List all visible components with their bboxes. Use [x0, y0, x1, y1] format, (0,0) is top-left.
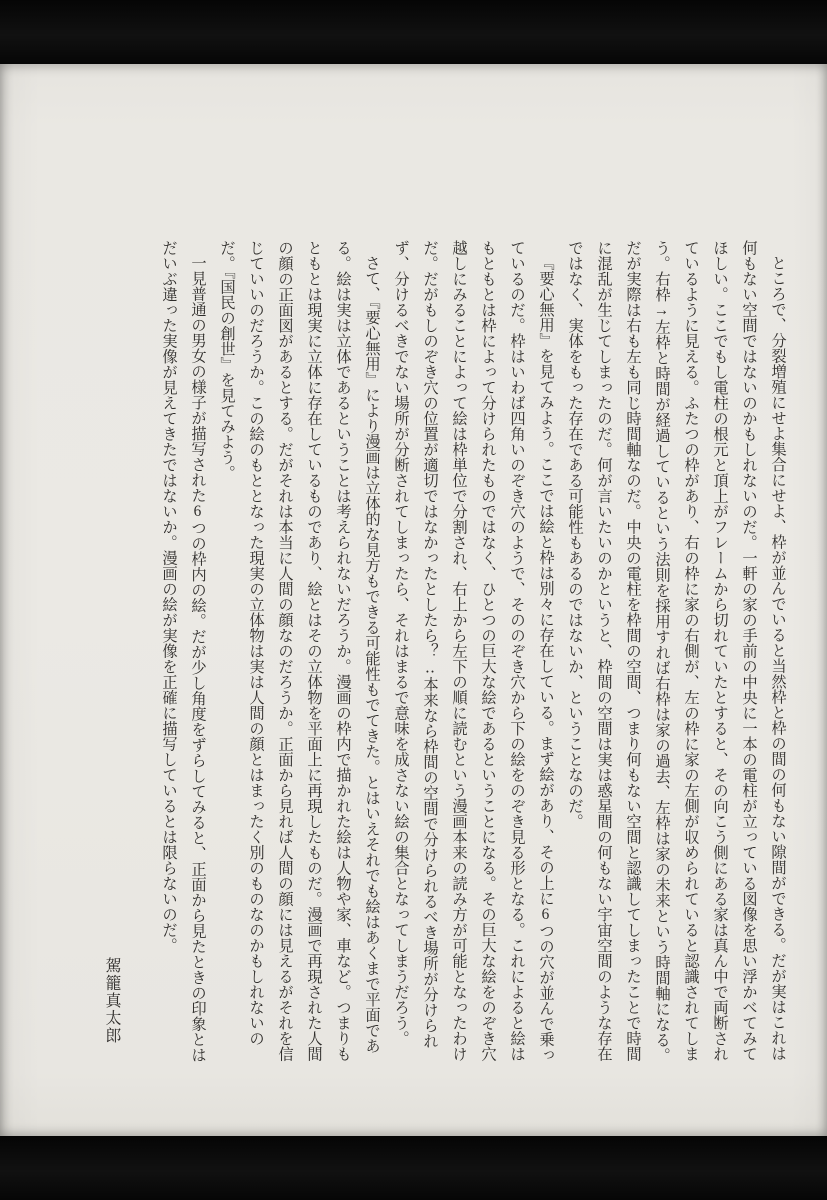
article-paragraph-2: 『要心無用』を見てみよう。ここでは絵と枠は別々に存在している。まず絵があり、その…: [386, 240, 560, 1072]
article-paragraph-1: ところで、分裂増殖にせよ集合にせよ、枠が並んでいると当然枠と枠の間の何もない隙間…: [560, 240, 792, 1072]
article-paragraph-4: 一見普通の男女の様子が描写された6つの枠内の絵。だが少し角度をずらしてみると、正…: [154, 240, 212, 1072]
article-text-block: ところで、分裂増殖にせよ集合にせよ、枠が並んでいると当然枠と枠の間の何もない隙間…: [170, 240, 792, 1072]
page-paper: ところで、分裂増殖にせよ集合にせよ、枠が並んでいると当然枠と枠の間の何もない隙間…: [0, 64, 827, 1136]
scanned-page: ところで、分裂増殖にせよ集合にせよ、枠が並んでいると当然枠と枠の間の何もない隙間…: [0, 0, 827, 1200]
scan-black-bar-top: [0, 0, 827, 64]
author-name: 駕籠真太郎: [96, 957, 126, 1045]
article-paragraph-3: さて、『要心無用』により漫画は立体的な見方もできる可能性もでてきた。とはいえそれ…: [212, 240, 386, 1072]
scan-black-bar-bottom: [0, 1136, 827, 1200]
